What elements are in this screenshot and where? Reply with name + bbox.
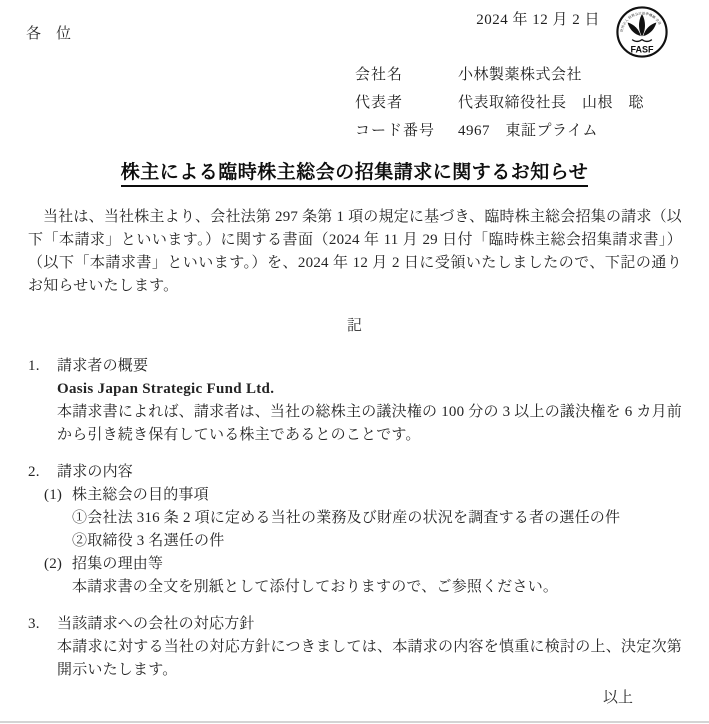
section-1-heading-row: 1. 請求者の概要 [28,355,682,378]
section-1-number: 1. [28,355,57,378]
section-3-heading-row: 3. 当該請求への会社の対応方針 [28,613,682,636]
subsection-2-number: (2) [44,553,72,576]
subsection-1-number: (1) [44,484,72,507]
fasf-seal-graphic: 財団法人 財務会計基準機構 会員 FASF [615,5,669,59]
section-request-details: 2. 請求の内容 (1) 株主総会の目的事項 ①会社法 316 条 2 項に定め… [28,461,682,599]
intro-paragraph: 当社は、当社株主より、会社法第 297 条第 1 項の規定に基づき、臨時株主総会… [28,206,682,298]
representative-label: 代表者 [355,89,458,117]
company-name-label: 会社名 [355,61,458,89]
company-name-row: 会社名 小林製薬株式会社 [355,61,644,89]
section-2-number: 2. [28,461,57,484]
agenda-item-1: ①会社法 316 条 2 項に定める当社の業務及び財産の状況を調査する者の選任の… [72,507,682,530]
salutation: 各 位 [26,22,71,43]
page-bottom-edge [0,721,709,723]
representative-value: 代表取締役社長 山根 聡 [458,89,644,117]
section-1-body: 本請求書によれば、請求者は、当社の総株主の議決権の 100 分の 3 以上の議決… [57,401,682,447]
stock-code-value: 4967 東証プライム [458,117,598,145]
title-container: 株主による臨時株主総会の招集請求に関するお知らせ [0,157,709,187]
requester-name: Oasis Japan Strategic Fund Ltd. [57,378,682,401]
agenda-item-2: ②取締役 3 名選任の件 [72,530,682,553]
stock-code-label: コード番号 [355,117,458,145]
representative-row: 代表者 代表取締役社長 山根 聡 [355,89,644,117]
record-marker: 記 [0,314,709,335]
fasf-acronym: FASF [630,44,654,54]
subsection-2-heading-row: (2) 招集の理由等 [44,553,682,576]
document-date: 2024 年 12 月 2 日 [476,8,600,29]
document-title: 株主による臨時株主総会の招集請求に関するお知らせ [121,157,588,187]
subsection-1-heading-row: (1) 株主総会の目的事項 [44,484,682,507]
section-company-response: 3. 当該請求への会社の対応方針 本請求に対する当社の対応方針につきましては、本… [28,613,682,682]
subsection-convocation-reason: (2) 招集の理由等 本請求書の全文を別紙として添付しておりますので、ご参照くだ… [44,553,682,599]
reason-note: 本請求書の全文を別紙として添付しておりますので、ご参照ください。 [72,576,682,599]
company-info-block: 会社名 小林製薬株式会社 代表者 代表取締役社長 山根 聡 コード番号 4967… [355,61,644,145]
section-2-heading: 請求の内容 [57,461,133,484]
closing-marker: 以上 [603,686,633,707]
sections-container: 1. 請求者の概要 Oasis Japan Strategic Fund Ltd… [28,355,682,696]
fasf-member-seal: 財団法人 財務会計基準機構 会員 FASF [615,5,669,59]
section-3-body: 本請求に対する当社の対応方針につきましては、本請求の内容を慎重に検討の上、決定次… [57,636,682,682]
section-3-heading: 当該請求への会社の対応方針 [57,613,255,636]
section-3-number: 3. [28,613,57,636]
section-1-heading: 請求者の概要 [57,355,148,378]
section-2-heading-row: 2. 請求の内容 [28,461,682,484]
section-requester-overview: 1. 請求者の概要 Oasis Japan Strategic Fund Ltd… [28,355,682,447]
subsection-1-heading: 株主総会の目的事項 [72,484,209,507]
document-page: 2024 年 12 月 2 日 財団法人 財務会計基準機構 会員 FASF 各 … [0,0,709,724]
subsection-meeting-purpose: (1) 株主総会の目的事項 ①会社法 316 条 2 項に定める当社の業務及び財… [44,484,682,553]
stock-code-row: コード番号 4967 東証プライム [355,117,644,145]
company-name-value: 小林製薬株式会社 [458,61,582,89]
subsection-2-heading: 招集の理由等 [72,553,163,576]
